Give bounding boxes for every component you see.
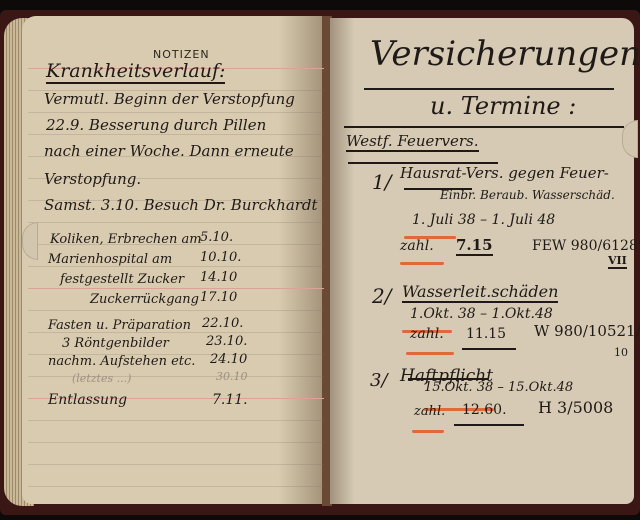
note-line: 22.9. Besserung durch Pillen <box>46 116 266 134</box>
timeline-date: 14.10 <box>200 270 237 285</box>
rule <box>28 420 324 421</box>
timeline-event: Koliken, Erbrechen am <box>50 232 202 247</box>
timeline-event: nachm. Aufstehen etc. <box>48 354 195 369</box>
timeline-date: 22.10. <box>202 316 243 331</box>
orange-highlight <box>406 352 454 355</box>
section-header: Westf. Feuervers. <box>346 132 479 152</box>
paid-amount: 7.15 <box>456 236 493 256</box>
timeline-date: 10.10. <box>200 250 241 265</box>
note-line: Vermutl. Beginn der Verstopfung <box>44 90 295 108</box>
timeline-date: 17.10 <box>200 290 237 305</box>
timeline-event: 3 Röntgenbilder <box>62 336 169 351</box>
rule <box>28 442 324 443</box>
entry-period: 1. Juli 38 – 1. Juli 48 <box>412 212 555 228</box>
timeline-date: 30.10 <box>216 370 248 383</box>
entry-name: Hausrat-Vers. gegen Feuer- <box>400 164 609 182</box>
entry-number: 1/ <box>372 170 391 194</box>
rule <box>28 134 324 135</box>
orange-highlight <box>400 262 444 265</box>
entry-name-cont: Einbr. Beraub. Wasserschäd. <box>440 188 615 202</box>
timeline-event: Fasten u. Präparation <box>48 318 191 333</box>
entry-number: 2/ <box>372 284 391 308</box>
timeline-event: Zuckerrückgang <box>90 292 199 307</box>
timeline-date: 5.10. <box>200 230 233 245</box>
policy-number: FEW 980/61289 <box>532 238 640 254</box>
policy-number: W 980/10521/ <box>534 322 640 340</box>
page-subtitle: u. Termine : <box>430 92 576 120</box>
timeline-event: (letztes ...) <box>72 372 131 385</box>
title-underline <box>364 88 614 90</box>
timeline-date: 24.10 <box>210 352 247 367</box>
paid-amount: 12.60. <box>462 402 507 418</box>
timeline-date: 23.10. <box>206 334 247 349</box>
entry-period: 1.Okt. 38 – 1.Okt.48 <box>410 306 553 322</box>
policy-extra: VII <box>608 254 627 269</box>
paid-amount: 11.15 <box>466 326 506 342</box>
timeline-event: Entlassung <box>48 392 127 408</box>
note-line: Verstopfung. <box>44 170 141 188</box>
entry-number: 3/ <box>370 370 388 391</box>
paid-label: zahl. <box>400 238 434 254</box>
paid-label: zahl. <box>414 404 445 419</box>
rule <box>28 222 324 223</box>
right-page <box>330 18 634 504</box>
policy-extra: 10 <box>614 346 628 359</box>
note-line: Samst. 3.10. Besuch Dr. Burckhardt <box>44 196 318 214</box>
rule <box>28 112 324 113</box>
paid-label: zahl. <box>410 326 444 342</box>
page-heading: Krankheitsverlauf: <box>46 60 225 84</box>
rule <box>28 486 324 487</box>
note-line: nach einer Woche. Dann erneute <box>44 142 294 160</box>
page-title: Versicherungen <box>370 34 640 74</box>
amount-underline <box>454 424 524 426</box>
subtitle-underline <box>344 126 624 128</box>
orange-highlight <box>412 430 444 433</box>
amount-underline <box>462 348 516 350</box>
rule <box>28 310 324 311</box>
timeline-event: Marienhospital am <box>48 252 172 267</box>
entry-period: 15.Okt. 38 – 15.Okt.48 <box>424 380 573 395</box>
red-rule <box>28 288 324 289</box>
policy-number: H 3/5008 <box>538 398 613 417</box>
timeline-event: festgestellt Zucker <box>60 272 184 287</box>
timeline-date: 7.11. <box>212 392 248 408</box>
entry-name: Wasserleit.schäden <box>402 282 558 303</box>
rule <box>28 464 324 465</box>
